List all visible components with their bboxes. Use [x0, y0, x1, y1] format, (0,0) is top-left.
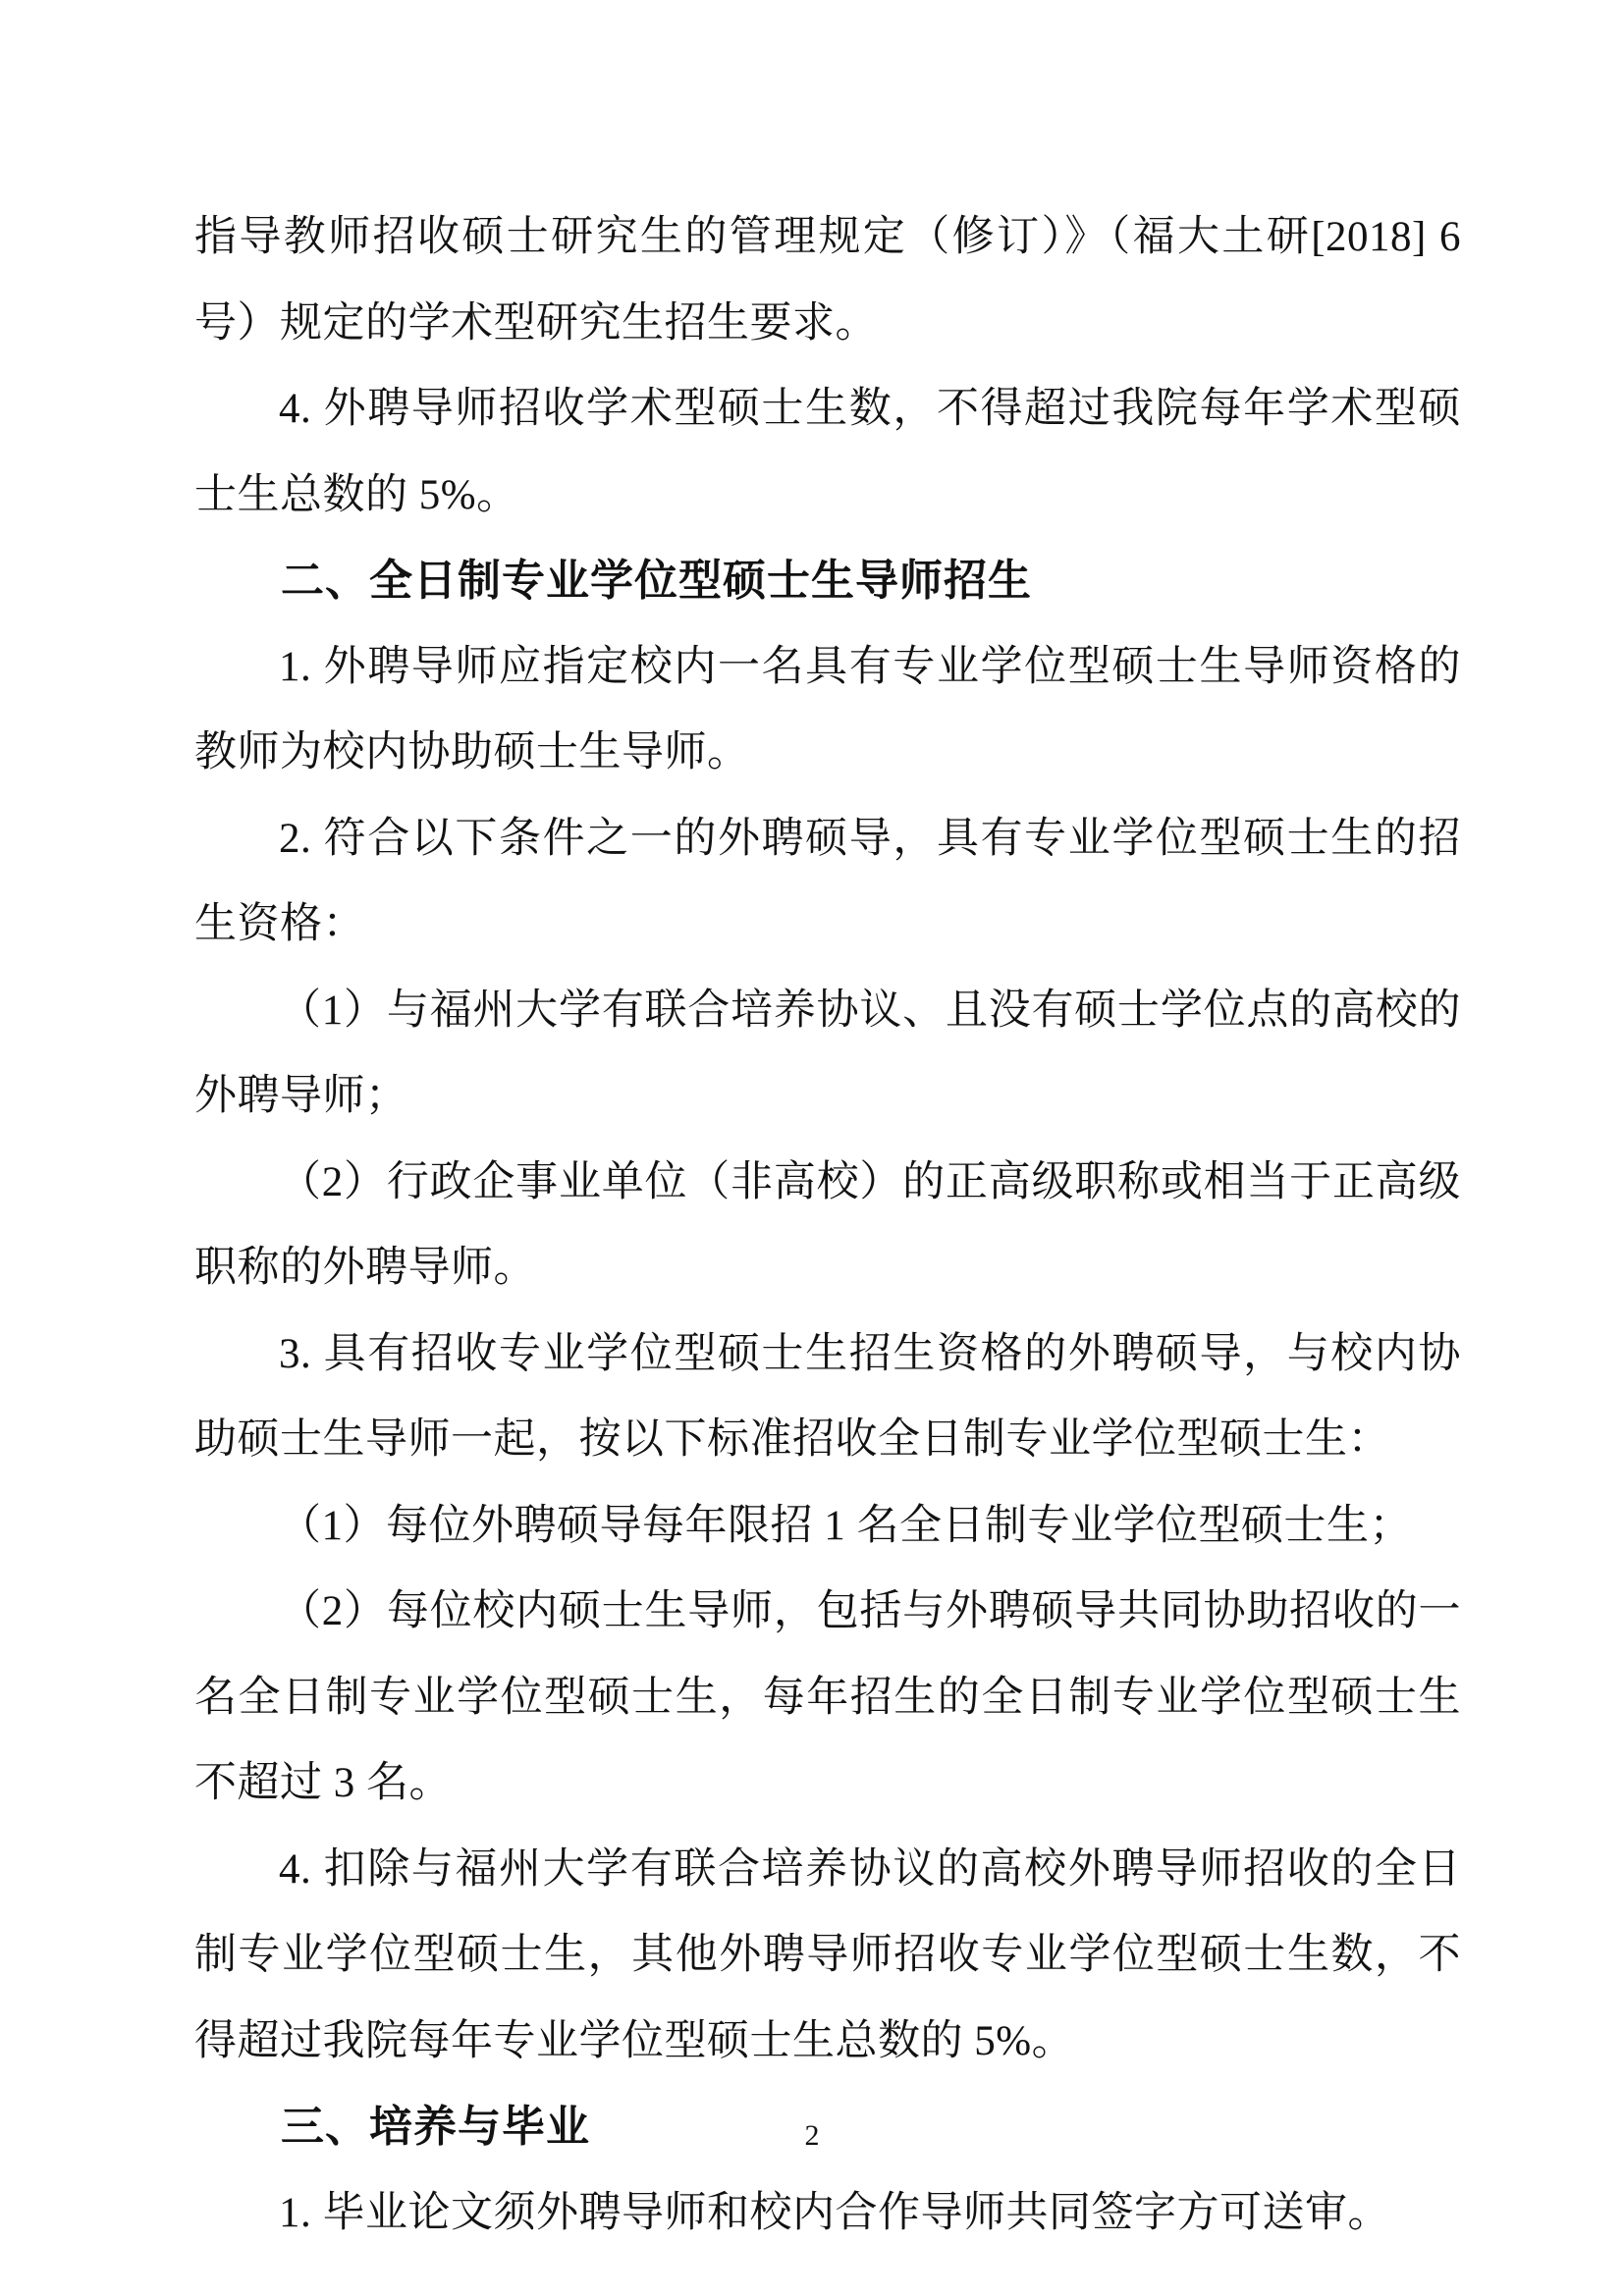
body-paragraph: （1）与福州大学有联合培养协议、且没有硕士学位点的高校的外聘导师；: [194, 968, 1461, 1140]
document-body: 指导教师招收硕士研究生的管理规定（修订）》（福大土研[2018] 6号）规定的学…: [194, 194, 1461, 2256]
page-number: 2: [805, 2119, 820, 2152]
body-paragraph: （2）行政企事业单位（非高校）的正高级职称或相当于正高级职称的外聘导师。: [194, 1140, 1461, 1311]
body-paragraph: 3. 具有招收专业学位型硕士生招生资格的外聘硕导，与校内协助硕士生导师一起，按以…: [194, 1311, 1461, 1483]
document-page: 指导教师招收硕士研究生的管理规定（修订）》（福大土研[2018] 6号）规定的学…: [0, 0, 1624, 2296]
body-paragraph: 4. 扣除与福州大学有联合培养协议的高校外聘导师招收的全日制专业学位型硕士生，其…: [194, 1827, 1461, 2085]
body-paragraph: 4. 外聘导师招收学术型硕士生数，不得超过我院每年学术型硕士生总数的 5%。: [194, 366, 1461, 538]
body-paragraph: 指导教师招收硕士研究生的管理规定（修订）》（福大土研[2018] 6号）规定的学…: [194, 194, 1461, 366]
body-paragraph: （2）每位校内硕士生导师，包括与外聘硕导共同协助招收的一名全日制专业学位型硕士生…: [194, 1569, 1461, 1827]
body-paragraph: 1. 外聘导师应指定校内一名具有专业学位型硕士生导师资格的教师为校内协助硕士生导…: [194, 624, 1461, 796]
body-paragraph: 1. 毕业论文须外聘导师和校内合作导师共同签字方可送审。: [194, 2170, 1461, 2257]
section-heading: 二、全日制专业学位型硕士生导师招生: [194, 538, 1461, 624]
body-paragraph: （1）每位外聘硕导每年限招 1 名全日制专业学位型硕士生；: [194, 1483, 1461, 1570]
page-footer: 2: [0, 2116, 1624, 2156]
body-paragraph: 2. 符合以下条件之一的外聘硕导，具有专业学位型硕士生的招生资格：: [194, 796, 1461, 968]
